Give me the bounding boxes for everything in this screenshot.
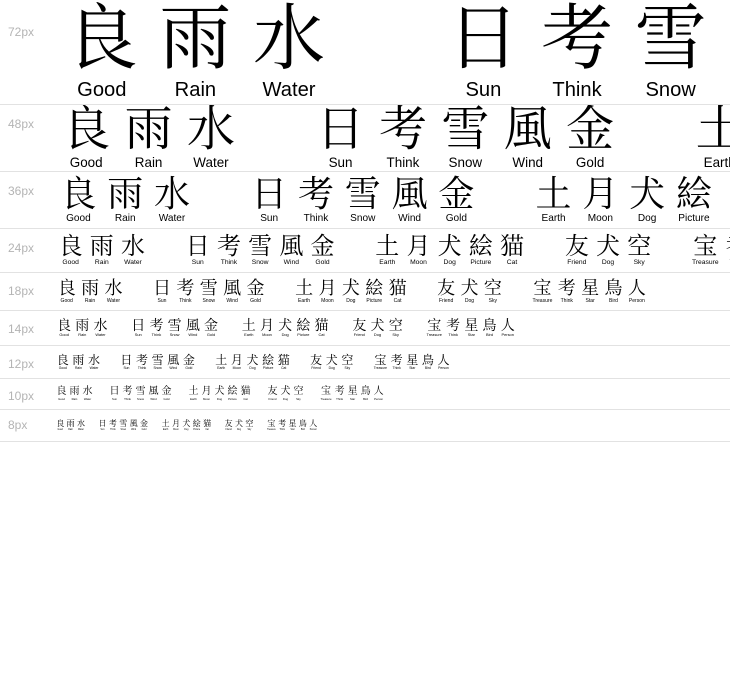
kanji-translation: Person: [628, 298, 646, 304]
kanji-cell: 絵Picture: [296, 318, 310, 337]
kanji-row-cells: 良Good雨Rain水Water日Sun考Think雪Snow風Wind金Gol…: [55, 234, 730, 267]
kanji-glyph: 良: [56, 420, 64, 428]
kanji-cell: 金Gold: [566, 105, 614, 172]
kanji-row-cells: 良Good雨Rain水Water日Sun考Think雪Snow風Wind金Gol…: [55, 354, 451, 371]
kanji-cell: 土Earth: [242, 318, 256, 337]
kanji-translation: Friend: [352, 333, 366, 338]
kanji-cell: 鳥Bird: [483, 318, 497, 337]
kanji-translation: Snow: [119, 429, 127, 432]
kanji-cell: 雨Rain: [75, 318, 89, 337]
font-size-row: 8px良Good雨Rain水Water日Sun考Think雪Snow風Wind金…: [0, 410, 730, 442]
kanji-glyph: 日: [153, 279, 171, 298]
kanji-glyph: 絵: [193, 420, 201, 428]
kanji-glyph: 月: [231, 354, 243, 367]
kanji-cell: 良Good: [62, 105, 110, 172]
kanji-glyph: 宝: [374, 354, 387, 367]
kanji-glyph: 月: [260, 318, 274, 333]
kanji-glyph: 空: [245, 420, 253, 428]
kanji-translation: Rain: [67, 429, 75, 432]
kanji-translation: Good: [57, 398, 67, 401]
kanji-cell: 良Good: [66, 2, 138, 102]
kanji-translation: Gold: [162, 398, 172, 401]
kanji-cell: 雨Rain: [70, 387, 80, 401]
kanji-cell: 雨Rain: [159, 2, 231, 102]
kanji-translation: Water: [253, 78, 325, 102]
kanji-cell: 犬Dog: [326, 354, 338, 371]
kanji-cell: 考Think: [123, 387, 133, 401]
kanji-translation: Think: [217, 259, 241, 267]
kanji-translation: Moon: [582, 213, 618, 225]
kanji-translation: Star: [289, 429, 297, 432]
kanji-cell: 良Good: [56, 420, 64, 431]
kanji-cell: 考Think: [391, 354, 403, 371]
kanji-cell: 鳥Bird: [605, 279, 623, 304]
kanji-glyph: 金: [204, 318, 218, 333]
kanji-cell: 絵Picture: [365, 279, 383, 304]
kanji-glyph: 水: [104, 279, 122, 298]
kanji-cell: 雨Rain: [107, 175, 143, 225]
kanji-cell: 日Sun: [447, 2, 519, 102]
kanji-cell: 土Earth: [189, 387, 199, 401]
kanji-cell: 水Water: [104, 279, 122, 304]
kanji-translation: Moon: [202, 398, 212, 401]
kanji-translation: Water: [83, 398, 93, 401]
kanji-translation: Gold: [183, 366, 195, 370]
kanji-row-cells: 良Good雨Rain水Water日Sun考Think雪Snow風Wind金Gol…: [55, 279, 649, 304]
kanji-translation: Picture: [676, 213, 712, 225]
kanji-translation: Sun: [99, 429, 107, 432]
kanji-cell: 雪Snow: [441, 105, 489, 172]
kanji-translation: Dog: [326, 366, 338, 370]
kanji-translation: Bird: [605, 298, 623, 304]
kanji-cell: 考Think: [558, 279, 576, 304]
kanji-cell: 雨Rain: [81, 279, 99, 304]
kanji-cell: 絵Picture: [676, 175, 712, 225]
kanji-glyph: 雨: [67, 420, 75, 428]
kanji-cell: 人Person: [309, 420, 317, 431]
kanji-glyph: 星: [289, 420, 297, 428]
kanji-cell: 日Sun: [99, 420, 107, 431]
kanji-translation: Person: [374, 398, 384, 401]
kanji-cell: 犬Dog: [438, 234, 462, 267]
kanji-cell: 良Good: [59, 234, 83, 267]
kanji-cell: 良Good: [57, 318, 71, 337]
kanji-cell: 考Think: [446, 318, 460, 337]
kanji-glyph: 絵: [296, 318, 310, 333]
kanji-translation: Dog: [182, 429, 190, 432]
kanji-glyph: 友: [310, 354, 322, 367]
kanji-translation: Rain: [72, 366, 84, 370]
kanji-translation: Bird: [422, 366, 434, 370]
kanji-cell: 友Friend: [352, 318, 366, 337]
kanji-cell: 絵Picture: [193, 420, 201, 431]
kanji-cell: 金Gold: [162, 387, 172, 401]
kanji-glyph: 水: [121, 234, 145, 259]
kanji-cell: 日Sun: [131, 318, 145, 337]
font-size-label: 10px: [8, 390, 34, 403]
kanji-glyph: 人: [628, 279, 646, 298]
kanji-glyph: 金: [566, 105, 614, 155]
kanji-cell: 考Think: [278, 420, 286, 431]
kanji-row-cells: 良Good雨Rain水Water日Sun考Think雪Snow: [55, 2, 717, 102]
kanji-glyph: 考: [149, 318, 163, 333]
kanji-cell: 風Wind: [149, 387, 159, 401]
kanji-translation: Rain: [70, 398, 80, 401]
kanji-translation: Water: [77, 429, 85, 432]
kanji-glyph: 金: [140, 420, 148, 428]
kanji-glyph: 鳥: [483, 318, 497, 333]
kanji-translation: Dog: [461, 298, 479, 304]
kanji-glyph: 水: [77, 420, 85, 428]
kanji-cell: 星Star: [289, 420, 297, 431]
kanji-translation: Star: [464, 333, 478, 338]
kanji-cell: 土Earth: [215, 354, 227, 371]
kanji-row-cells: 良Good雨Rain水Water日Sun考Think雪Snow風Wind金Gol…: [55, 105, 730, 172]
kanji-glyph: 考: [391, 354, 403, 367]
kanji-cell: 猫Cat: [315, 318, 329, 337]
kanji-glyph: 風: [392, 175, 428, 213]
kanji-glyph: 犬: [182, 420, 190, 428]
kanji-translation: Water: [121, 259, 145, 267]
kanji-translation: Wind: [223, 298, 241, 304]
kanji-cell: 空Sky: [245, 420, 253, 431]
kanji-translation: Rain: [75, 333, 89, 338]
kanji-translation: Dog: [371, 333, 385, 338]
kanji-translation: Dog: [342, 298, 360, 304]
kanji-cell: 猫Cat: [278, 354, 290, 371]
kanji-translation: Water: [88, 366, 100, 370]
kanji-glyph: 宝: [532, 279, 552, 298]
kanji-translation: Rain: [125, 155, 173, 171]
kanji-translation: Think: [726, 259, 730, 267]
kanji-translation: Cat: [203, 429, 211, 432]
kanji-glyph: 日: [447, 2, 519, 78]
kanji-translation: Good: [66, 78, 138, 102]
kanji-cell: 犬Dog: [246, 354, 258, 371]
kanji-glyph: 金: [438, 175, 474, 213]
kanji-cell: 金Gold: [140, 420, 148, 431]
kanji-glyph: 雨: [159, 2, 231, 78]
kanji-cell: 人Person: [628, 279, 646, 304]
kanji-translation: Wind: [167, 366, 179, 370]
kanji-translation: Snow: [635, 78, 707, 102]
font-size-row: 48px良Good雨Rain水Water日Sun考Think雪Snow風Wind…: [0, 105, 730, 173]
kanji-translation: Think: [541, 78, 613, 102]
kanji-glyph: 風: [186, 318, 200, 333]
kanji-glyph: 雨: [75, 318, 89, 333]
kanji-translation: Friend: [565, 259, 589, 267]
kanji-glyph: 星: [464, 318, 478, 333]
kanji-translation: Earth: [189, 398, 199, 401]
kanji-translation: Moon: [406, 259, 430, 267]
kanji-cell: 犬Dog: [371, 318, 385, 337]
kanji-translation: Gold: [140, 429, 148, 432]
kanji-glyph: 金: [311, 234, 335, 259]
kanji-glyph: 風: [504, 105, 552, 155]
kanji-cell: 土Earth: [375, 234, 399, 267]
kanji-cell: 猫Cat: [241, 387, 251, 401]
kanji-cell: 金Gold: [204, 318, 218, 337]
kanji-cell: 星Star: [406, 354, 418, 371]
font-size-row: 18px良Good雨Rain水Water日Sun考Think雪Snow風Wind…: [0, 273, 730, 311]
kanji-glyph: 鳥: [422, 354, 434, 367]
kanji-cell: 風Wind: [279, 234, 303, 267]
kanji-translation: Sky: [484, 298, 502, 304]
kanji-translation: Think: [446, 333, 460, 338]
kanji-glyph: 絵: [365, 279, 383, 298]
kanji-translation: Think: [379, 155, 427, 171]
kanji-translation: Water: [187, 155, 235, 171]
kanji-translation: Snow: [152, 366, 164, 370]
kanji-cell: 考Think: [149, 318, 163, 337]
kanji-glyph: 土: [215, 354, 227, 367]
kanji-cell: 雪Snow: [248, 234, 272, 267]
kanji-translation: Think: [109, 429, 117, 432]
kanji-cell: 考Think: [726, 234, 730, 267]
kanji-glyph: 空: [341, 354, 353, 367]
kanji-glyph: 雨: [107, 175, 143, 213]
kanji-glyph: 考: [541, 2, 613, 78]
kanji-glyph: 風: [223, 279, 241, 298]
kanji-cell: 風Wind: [130, 420, 138, 431]
kanji-translation: Wind: [149, 398, 159, 401]
kanji-translation: Moon: [172, 429, 180, 432]
kanji-glyph: 良: [57, 354, 69, 367]
kanji-row-cells: 良Good雨Rain水Water日Sun考Think雪Snow風Wind金Gol…: [55, 387, 385, 401]
kanji-glyph: 犬: [371, 318, 385, 333]
kanji-glyph: 日: [99, 420, 107, 428]
kanji-cell: 雨Rain: [67, 420, 75, 431]
kanji-glyph: 考: [278, 420, 286, 428]
kanji-glyph: 友: [225, 420, 233, 428]
kanji-cell: 空Sky: [341, 354, 353, 371]
kanji-glyph: 考: [298, 175, 334, 213]
kanji-cell: 日Sun: [110, 387, 120, 401]
kanji-cell: 日Sun: [153, 279, 171, 304]
kanji-cell: 星Star: [464, 318, 478, 337]
kanji-translation: Rain: [90, 259, 114, 267]
kanji-translation: Earth: [215, 366, 227, 370]
kanji-cell: 犬Dog: [461, 279, 479, 304]
kanji-cell: 考Think: [379, 105, 427, 172]
kanji-glyph: 金: [247, 279, 265, 298]
kanji-translation: Dog: [281, 398, 291, 401]
kanji-cell: 雨Rain: [125, 105, 173, 172]
kanji-translation: Rain: [81, 298, 99, 304]
kanji-glyph: 良: [57, 318, 71, 333]
kanji-translation: Rain: [159, 78, 231, 102]
kanji-cell: 星Star: [348, 387, 358, 401]
kanji-glyph: 風: [279, 234, 303, 259]
kanji-glyph: 友: [352, 318, 366, 333]
font-size-label: 12px: [8, 358, 34, 371]
kanji-translation: Gold: [247, 298, 265, 304]
font-size-label: 36px: [8, 185, 34, 198]
kanji-row-cells: 良Good雨Rain水Water日Sun考Think雪Snow風Wind金Gol…: [55, 420, 318, 431]
kanji-cell: 犬Dog: [235, 420, 243, 431]
kanji-glyph: 犬: [461, 279, 479, 298]
kanji-translation: Dog: [438, 259, 462, 267]
kanji-cell: 犬Dog: [278, 318, 292, 337]
kanji-glyph: 考: [446, 318, 460, 333]
kanji-cell: 日Sun: [317, 105, 365, 172]
kanji-translation: Good: [62, 155, 110, 171]
kanji-cell: 日Sun: [120, 354, 132, 371]
kanji-translation: Treasure: [374, 366, 387, 370]
kanji-glyph: 犬: [235, 420, 243, 428]
kanji-cell: 人Person: [437, 354, 449, 371]
kanji-cell: 雪Snow: [200, 279, 218, 304]
kanji-translation: Snow: [345, 213, 381, 225]
kanji-glyph: 雪: [168, 318, 182, 333]
kanji-cell: 雪Snow: [635, 2, 707, 102]
kanji-glyph: 絵: [676, 175, 712, 213]
kanji-glyph: 宝: [267, 420, 276, 428]
kanji-cell: 風Wind: [167, 354, 179, 371]
kanji-cell: 空Sky: [484, 279, 502, 304]
kanji-cell: 土Earth: [295, 279, 313, 304]
kanji-glyph: 星: [581, 279, 599, 298]
kanji-glyph: 土: [295, 279, 313, 298]
kanji-cell: 宝Treasure: [692, 234, 719, 267]
kanji-glyph: 宝: [692, 234, 719, 259]
kanji-glyph: 良: [62, 105, 110, 155]
kanji-cell: 水Water: [121, 234, 145, 267]
kanji-glyph: 日: [131, 318, 145, 333]
kanji-translation: Picture: [193, 429, 201, 432]
kanji-glyph: 考: [558, 279, 576, 298]
kanji-translation: Gold: [204, 333, 218, 338]
kanji-translation: Think: [149, 333, 163, 338]
kanji-translation: Think: [298, 213, 334, 225]
kanji-translation: Gold: [566, 155, 614, 171]
kanji-cell: 良Good: [57, 354, 69, 371]
kanji-cell: 友Friend: [268, 387, 278, 401]
kanji-cell: 犬Dog: [215, 387, 225, 401]
kanji-glyph: 土: [696, 105, 730, 155]
kanji-glyph: 猫: [203, 420, 211, 428]
font-size-row: 24px良Good雨Rain水Water日Sun考Think雪Snow風Wind…: [0, 229, 730, 273]
kanji-translation: Earth: [242, 333, 256, 338]
kanji-cell: 鳥Bird: [299, 420, 307, 431]
kanji-glyph: 猫: [315, 318, 329, 333]
kanji-translation: Sun: [251, 213, 287, 225]
kanji-glyph: 考: [379, 105, 427, 155]
kanji-translation: Sky: [294, 398, 304, 401]
kanji-translation: Sun: [447, 78, 519, 102]
kanji-translation: Person: [501, 333, 515, 338]
kanji-glyph: 空: [627, 234, 651, 259]
kanji-translation: Gold: [438, 213, 474, 225]
kanji-cell: 風Wind: [392, 175, 428, 225]
kanji-cell: 雪Snow: [119, 420, 127, 431]
kanji-cell: 友Friend: [437, 279, 455, 304]
kanji-cell: 考Think: [176, 279, 194, 304]
kanji-glyph: 犬: [596, 234, 620, 259]
kanji-cell: 猫Cat: [500, 234, 524, 267]
font-specimen-page: { "page": { "background_color": "#ffffff…: [0, 0, 730, 700]
kanji-glyph: 犬: [629, 175, 665, 213]
kanji-glyph: 金: [183, 354, 195, 367]
kanji-cell: 月Moon: [231, 354, 243, 371]
kanji-cell: 人Person: [501, 318, 515, 337]
font-size-row: 72px良Good雨Rain水Water日Sun考Think雪Snow: [0, 0, 730, 105]
kanji-cell: 良Good: [57, 387, 67, 401]
kanji-cell: 鳥Bird: [422, 354, 434, 371]
kanji-translation: Sky: [627, 259, 651, 267]
kanji-cell: 良Good: [60, 175, 96, 225]
kanji-cell: 月Moon: [406, 234, 430, 267]
kanji-translation: Friend: [310, 366, 322, 370]
kanji-cell: 宝Treasure: [321, 387, 332, 401]
kanji-cell: 考Think: [136, 354, 148, 371]
kanji-glyph: 雪: [200, 279, 218, 298]
kanji-cell: 月Moon: [318, 279, 336, 304]
kanji-translation: Treasure: [692, 259, 719, 267]
font-size-label: 18px: [8, 285, 34, 298]
font-size-row: 14px良Good雨Rain水Water日Sun考Think雪Snow風Wind…: [0, 311, 730, 345]
font-size-label: 8px: [8, 419, 27, 432]
kanji-glyph: 犬: [246, 354, 258, 367]
kanji-translation: Snow: [441, 155, 489, 171]
kanji-glyph: 雪: [345, 175, 381, 213]
kanji-glyph: 猫: [389, 279, 407, 298]
kanji-glyph: 日: [251, 175, 287, 213]
kanji-translation: Sun: [110, 398, 120, 401]
kanji-glyph: 犬: [326, 354, 338, 367]
kanji-cell: 考Think: [541, 2, 613, 102]
kanji-translation: Star: [581, 298, 599, 304]
kanji-translation: Sun: [153, 298, 171, 304]
kanji-cell: 犬Dog: [281, 387, 291, 401]
kanji-cell: 犬Dog: [596, 234, 620, 267]
kanji-translation: Dog: [278, 333, 292, 338]
kanji-glyph: 空: [389, 318, 403, 333]
kanji-translation: Person: [437, 366, 449, 370]
kanji-glyph: 犬: [438, 234, 462, 259]
kanji-glyph: 鳥: [299, 420, 307, 428]
kanji-translation: Bird: [299, 429, 307, 432]
kanji-cell: 鳥Bird: [361, 387, 371, 401]
kanji-cell: 猫Cat: [203, 420, 211, 431]
kanji-glyph: 人: [501, 318, 515, 333]
kanji-translation: Picture: [296, 333, 310, 338]
kanji-cell: 考Think: [217, 234, 241, 267]
kanji-cell: 日Sun: [186, 234, 210, 267]
font-size-row: 10px良Good雨Rain水Water日Sun考Think雪Snow風Wind…: [0, 379, 730, 410]
kanji-glyph: 良: [59, 234, 83, 259]
kanji-glyph: 人: [309, 420, 317, 428]
kanji-translation: Water: [154, 213, 190, 225]
kanji-glyph: 猫: [278, 354, 290, 367]
kanji-translation: Picture: [228, 398, 238, 401]
kanji-cell: 金Gold: [247, 279, 265, 304]
kanji-glyph: 犬: [278, 318, 292, 333]
kanji-cell: 考Think: [109, 420, 117, 431]
kanji-translation: Rain: [107, 213, 143, 225]
kanji-glyph: 良: [66, 2, 138, 78]
kanji-glyph: 考: [726, 234, 730, 259]
kanji-cell: 良Good: [58, 279, 76, 304]
kanji-glyph: 良: [60, 175, 96, 213]
kanji-glyph: 土: [375, 234, 399, 259]
kanji-cell: 金Gold: [183, 354, 195, 371]
kanji-cell: 日Sun: [251, 175, 287, 225]
kanji-translation: Think: [558, 298, 576, 304]
kanji-translation: Sun: [131, 333, 145, 338]
kanji-cell: 考Think: [298, 175, 334, 225]
kanji-cell: 月Moon: [582, 175, 618, 225]
